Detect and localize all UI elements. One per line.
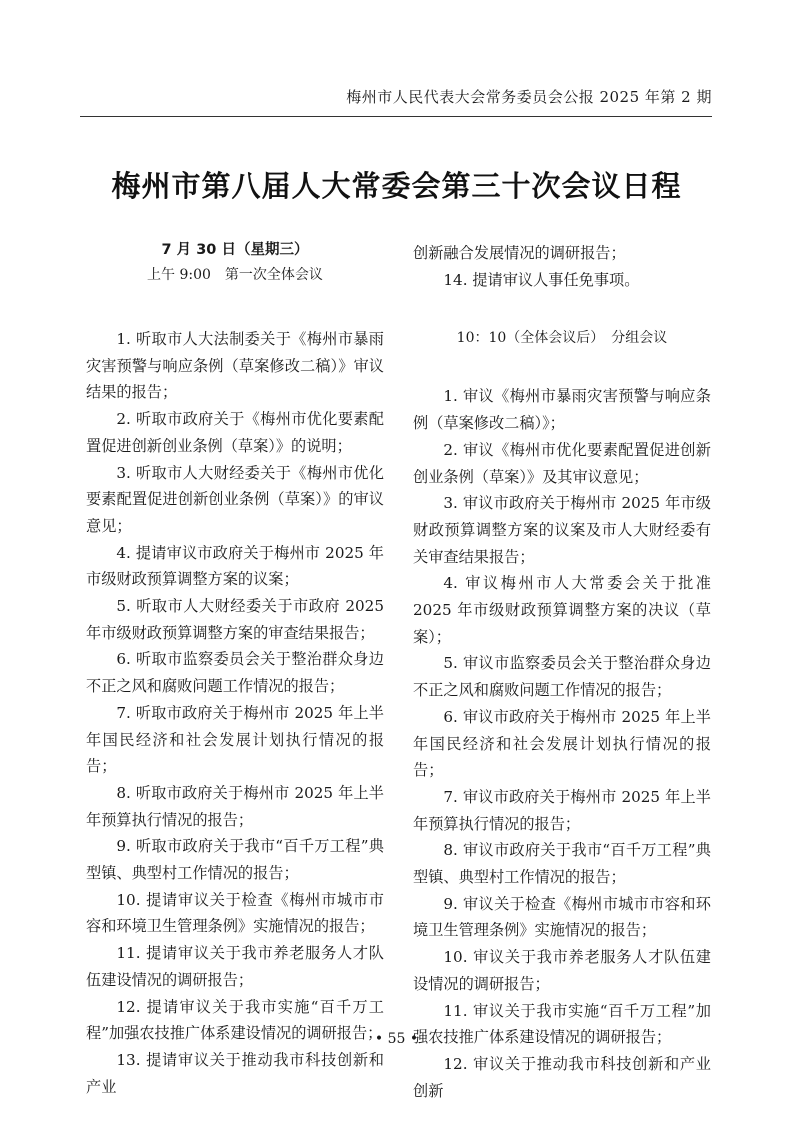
agenda-item: 7. 审议市政府关于梅州市 2025 年上半年预算执行情况的报告；	[413, 784, 711, 837]
spacer	[413, 293, 711, 325]
spacer	[86, 288, 384, 326]
agenda-item: 14. 提请审议人事任免事项。	[413, 267, 711, 294]
agenda-item: 4. 审议梅州市人大常委会关于批准 2025 年市级财政预算调整方案的决议（草案…	[413, 570, 711, 650]
header-rule	[80, 116, 712, 117]
agenda-item: 8. 听取市政府关于梅州市 2025 年上半年预算执行情况的报告；	[86, 780, 384, 833]
agenda-item: 6. 听取市监察委员会关于整治群众身边不正之风和腐败问题工作情况的报告；	[86, 646, 384, 699]
group-session-heading: 10：10（全体会议后） 分组会议	[413, 325, 711, 351]
agenda-item: 6. 审议市政府关于梅州市 2025 年上半年国民经济和社会发展计划执行情况的报…	[413, 704, 711, 784]
agenda-item: 10. 审议关于我市养老服务人才队伍建设情况的调研报告；	[413, 944, 711, 997]
agenda-item: 2. 审议《梅州市优化要素配置促进创新创业条例（草案）》及其审议意见；	[413, 437, 711, 490]
left-column: 7 月 30 日（星期三） 上午 9:00 第一次全体会议 1. 听取市人大法制…	[86, 240, 384, 1100]
agenda-item: 4. 提请审议市政府关于梅州市 2025 年市级财政预算调整方案的议案；	[86, 540, 384, 593]
agenda-item: 2. 听取市政府关于《梅州市优化要素配置促进创新创业条例（草案）》的说明；	[86, 406, 384, 459]
plenary-session-heading: 上午 9:00 第一次全体会议	[86, 262, 384, 288]
agenda-item-continuation: 创新融合发展情况的调研报告；	[413, 240, 711, 267]
agenda-item: 1. 审议《梅州市暴雨灾害预警与响应条例（草案修改二稿）》；	[413, 383, 711, 436]
agenda-item: 9. 听取市政府关于我市“百千万工程”典型镇、典型村工作情况的报告；	[86, 833, 384, 886]
agenda-item: 5. 审议市监察委员会关于整治群众身边不正之风和腐败问题工作情况的报告；	[413, 650, 711, 703]
agenda-item: 7. 听取市政府关于梅州市 2025 年上半年国民经济和社会发展计划执行情况的报…	[86, 700, 384, 780]
agenda-item: 12. 审议关于推动我市科技创新和产业创新	[413, 1051, 711, 1104]
page-title: 梅州市第八届人大常委会第三十次会议日程	[0, 166, 793, 206]
spacer	[413, 351, 711, 383]
running-header: 梅州市人民代表大会常务委员会公报 2025 年第 2 期	[80, 86, 712, 108]
agenda-item: 11. 提请审议关于我市养老服务人才队伍建设情况的调研报告；	[86, 940, 384, 993]
agenda-item: 13. 提请审议关于推动我市科技创新和产业	[86, 1047, 384, 1100]
agenda-item: 1. 听取市人大法制委关于《梅州市暴雨灾害预警与响应条例（草案修改二稿）》审议结…	[86, 326, 384, 406]
agenda-item: 3. 听取市人大财经委关于《梅州市优化要素配置促进创新创业条例（草案）》的审议意…	[86, 460, 384, 540]
agenda-item: 5. 听取市人大财经委关于市政府 2025 年市级财政预算调整方案的审查结果报告…	[86, 593, 384, 646]
agenda-item: 10. 提请审议关于检查《梅州市城市市容和环境卫生管理条例》实施情况的报告；	[86, 887, 384, 940]
agenda-item: 9. 审议关于检查《梅州市城市市容和环境卫生管理条例》实施情况的报告；	[413, 891, 711, 944]
page-number: • 55 •	[0, 1031, 793, 1047]
right-column: 创新融合发展情况的调研报告； 14. 提请审议人事任免事项。 10：10（全体会…	[413, 240, 711, 1104]
agenda-item: 8. 审议市政府关于我市“百千万工程”典型镇、典型村工作情况的报告；	[413, 837, 711, 890]
date-heading: 7 月 30 日（星期三）	[86, 237, 384, 263]
agenda-item: 3. 审议市政府关于梅州市 2025 年市级财政预算调整方案的议案及市人大财经委…	[413, 490, 711, 570]
